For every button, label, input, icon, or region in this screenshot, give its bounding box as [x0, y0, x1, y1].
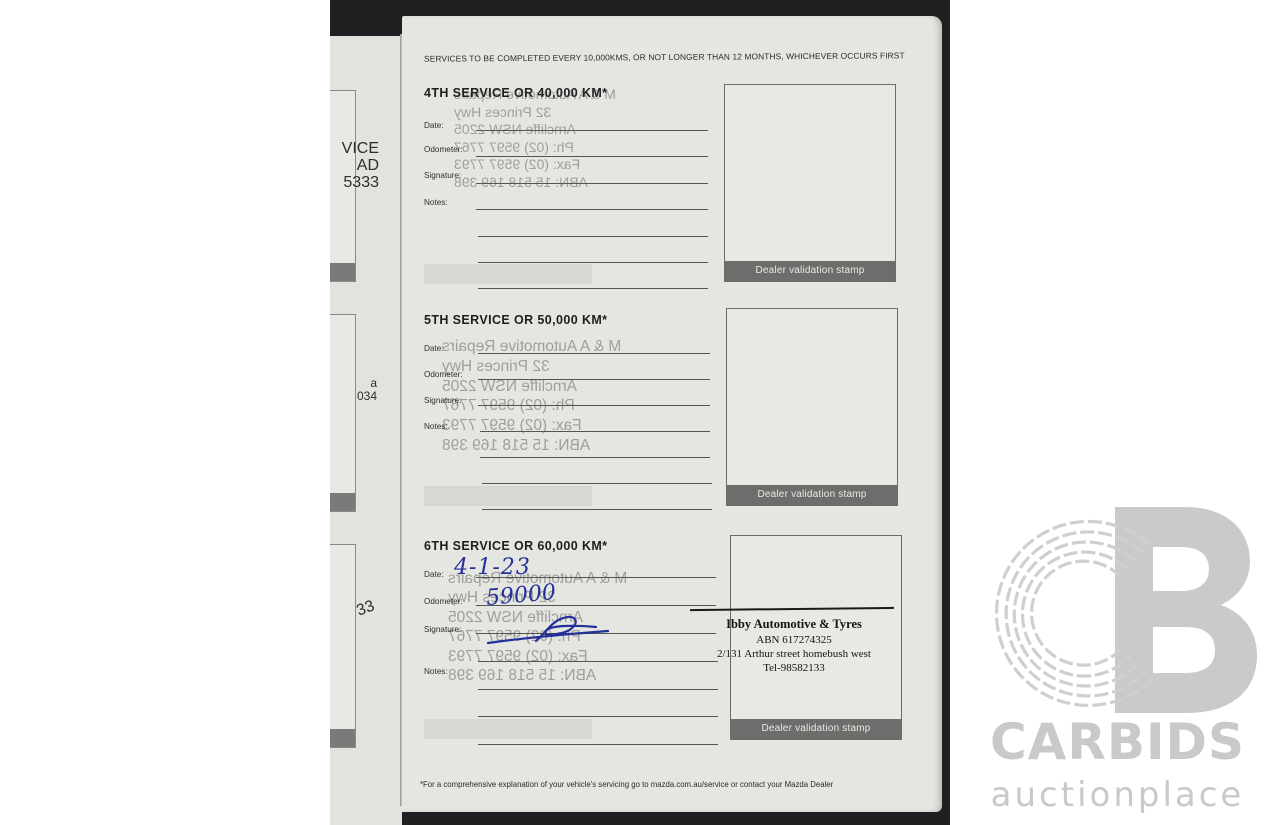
date-label: Date: — [424, 570, 444, 579]
dealer-phone: Tel-98582133 — [684, 662, 904, 674]
service-record-page: SERVICES TO BE COMPLETED EVERY 10,000KMS… — [402, 16, 942, 812]
notes-field-line[interactable] — [478, 716, 718, 717]
handwritten-signature — [486, 605, 626, 649]
notes-field-line[interactable] — [478, 689, 718, 690]
booklet-photo: VICE AD 5333 a 034 33 SERVICES TO BE COM… — [330, 0, 950, 825]
notes-field-line[interactable] — [478, 262, 708, 263]
notes-field-line[interactable] — [478, 661, 718, 662]
notes-field-line[interactable] — [476, 209, 708, 210]
footer-note: *For a comprehensive explanation of your… — [420, 780, 833, 789]
odometer-label: Odometer: — [424, 370, 463, 379]
bleed-through-stamp: M & A Automotive Repairs 32 Princes Hwy … — [454, 86, 616, 191]
service-title: 6TH SERVICE OR 60,000 KM* — [424, 539, 607, 553]
notes-label: Notes: — [424, 198, 448, 207]
left-stamp-box-2: a 034 — [330, 314, 356, 512]
left-page-fragment: VICE AD 5333 — [342, 141, 379, 191]
dealer-address: 2/131 Arthur street homebush west — [684, 648, 904, 660]
notes-label: Notes: — [424, 422, 448, 431]
carbids-watermark: CARBIDS auctionplace — [975, 505, 1260, 815]
date-field[interactable] — [478, 353, 710, 354]
notes-field-line[interactable] — [478, 744, 718, 745]
stamp-caption: Dealer validation stamp — [727, 485, 897, 505]
left-stamp-box-3: 33 — [330, 544, 356, 748]
left-page: VICE AD 5333 a 034 33 — [330, 36, 402, 825]
left-page-fragment: a 034 — [357, 377, 377, 402]
notes-field-line[interactable] — [482, 509, 712, 510]
notes-field-line[interactable] — [478, 236, 708, 237]
carbids-logo-icon — [975, 505, 1260, 715]
dealer-validation-stamp-box: Dealer validation stamp — [724, 84, 896, 282]
service-interval-note: SERVICES TO BE COMPLETED EVERY 10,000KMS… — [424, 50, 905, 63]
handwritten-date: 4-1-23 — [454, 555, 531, 580]
date-label: Date: — [424, 121, 444, 130]
notes-field-line[interactable] — [480, 457, 710, 458]
signature-field[interactable] — [478, 405, 710, 406]
dealer-validation-stamp-box: Dealer validation stamp — [726, 308, 898, 506]
notes-label: Notes: — [424, 667, 448, 676]
odometer-field[interactable] — [478, 379, 710, 380]
service-title: 5TH SERVICE OR 50,000 KM* — [424, 313, 607, 327]
signature-field[interactable] — [476, 183, 708, 184]
dealer-name: Ibby Automotive & Tyres — [684, 617, 904, 632]
stamp-caption: Dealer validation stamp — [731, 719, 901, 739]
notes-field-line[interactable] — [482, 483, 712, 484]
signature-label: Signature: — [424, 171, 461, 180]
signature-label: Signature: — [424, 396, 461, 405]
dealer-stamp: Ibby Automotive & Tyres ABN 617274325 2/… — [684, 617, 904, 674]
signature-label: Signature: — [424, 625, 461, 634]
watermark-tagline: auctionplace — [975, 775, 1260, 815]
left-page-fragment: 33 — [355, 598, 377, 620]
notes-field-line[interactable] — [480, 431, 710, 432]
bleed-through-stamp: M & A Automotive Repairs 32 Princes Hwy … — [442, 337, 621, 456]
stamp-caption: Dealer validation stamp — [725, 261, 895, 281]
date-label: Date: — [424, 344, 444, 353]
watermark-brand: CARBIDS — [975, 713, 1260, 771]
odometer-label: Odometer: — [424, 597, 463, 606]
odometer-label: Odometer: — [424, 145, 463, 154]
notes-field-line[interactable] — [478, 288, 708, 289]
date-field[interactable] — [476, 130, 708, 131]
odometer-field[interactable] — [476, 156, 708, 157]
left-stamp-box-1: VICE AD 5333 — [330, 90, 356, 282]
dealer-abn: ABN 617274325 — [684, 634, 904, 646]
